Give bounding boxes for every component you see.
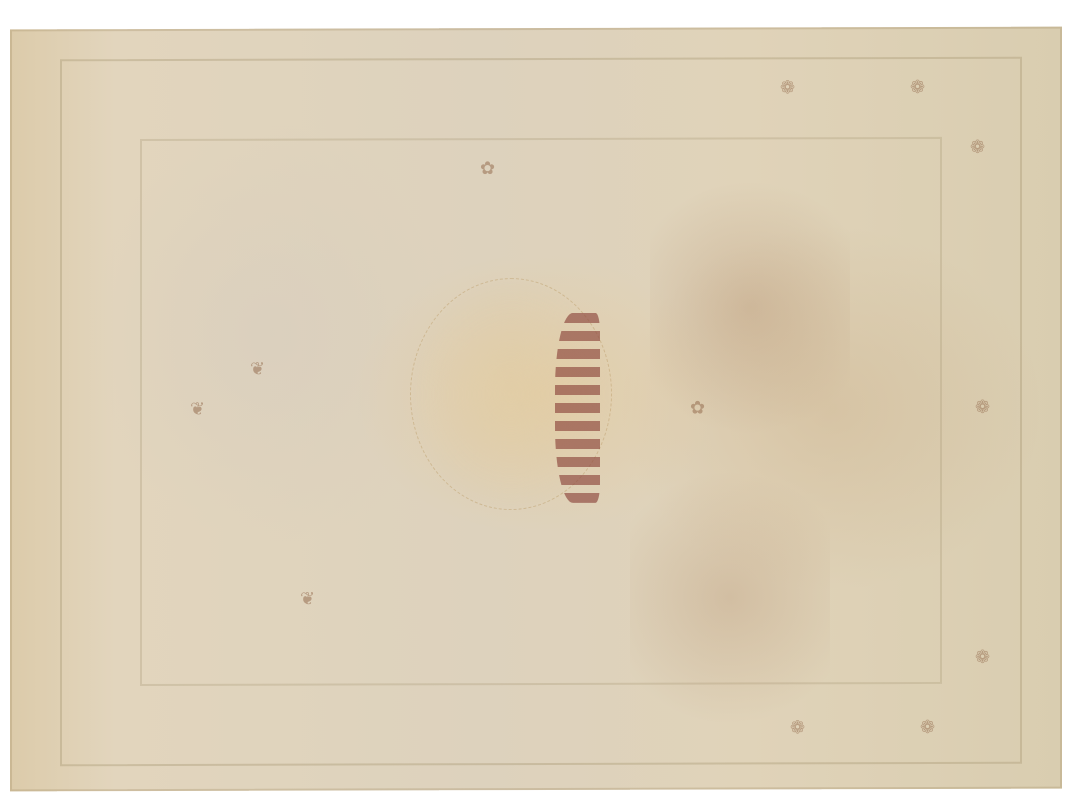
rosette-icon: ❁ — [790, 717, 805, 738]
leaf-icon: ❦ — [300, 589, 315, 610]
tree-motif — [650, 157, 850, 458]
tree-motif — [630, 447, 830, 748]
rug: ❁ ❁ ❁ ❁ ❁ ❁ ❁ ❦ ❦ ✿ ✿ ❦ — [10, 27, 1062, 792]
leaf-icon: ✿ — [690, 398, 705, 419]
red-floral-band — [555, 313, 600, 503]
rosette-icon: ❁ — [920, 717, 935, 738]
rosette-icon: ❁ — [975, 397, 990, 418]
rosette-icon: ❁ — [970, 137, 985, 158]
leaf-icon: ❦ — [190, 399, 205, 420]
rosette-icon: ❁ — [910, 77, 925, 98]
rosette-icon: ❁ — [780, 77, 795, 98]
leaf-icon: ❦ — [250, 359, 265, 380]
leaf-icon: ✿ — [480, 158, 495, 179]
rosette-icon: ❁ — [975, 647, 990, 668]
